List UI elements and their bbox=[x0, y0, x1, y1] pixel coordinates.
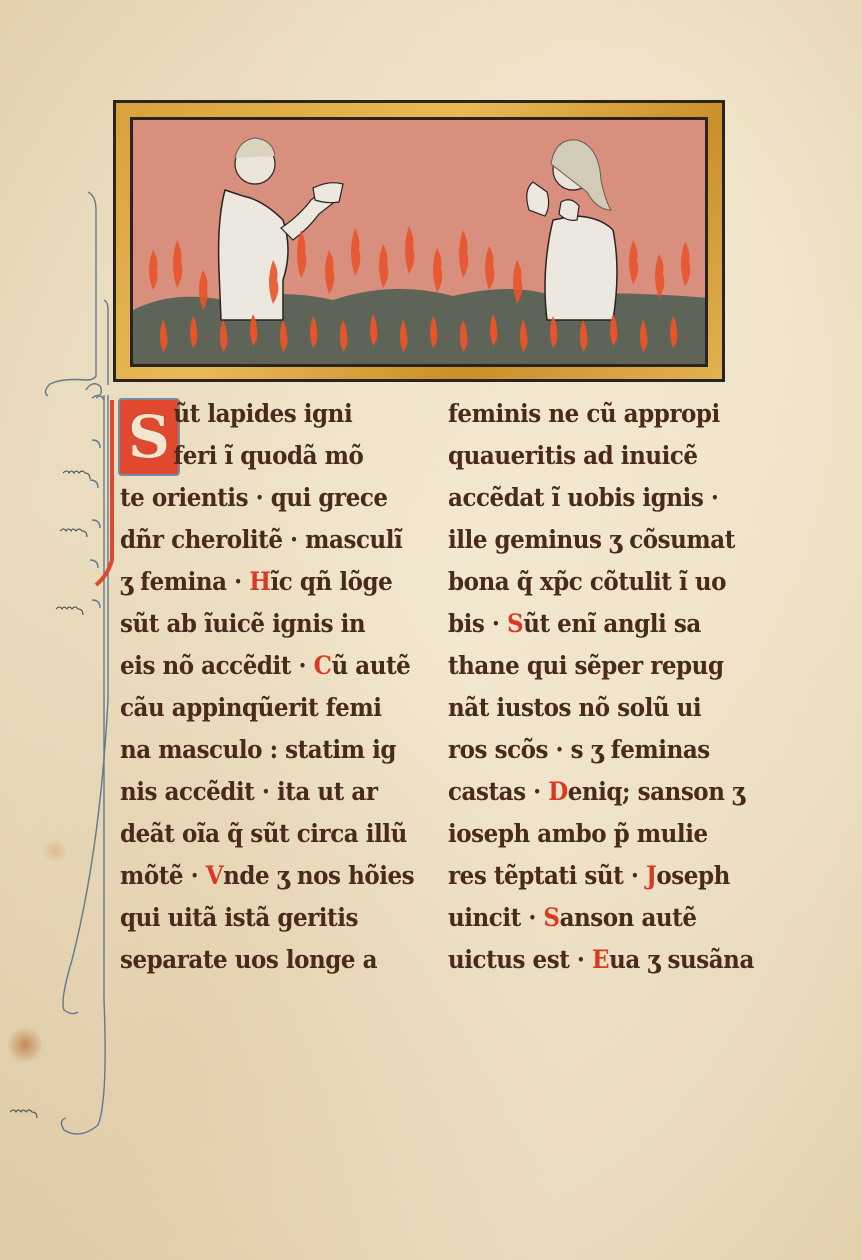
rubricated-letter: D bbox=[548, 777, 567, 806]
text-line: ille geminus ʒ cõsumat bbox=[448, 519, 742, 561]
rubricated-letter: S bbox=[543, 903, 559, 932]
text-column-right: feminis ne cũ appropi quaueritis ad inui… bbox=[448, 393, 768, 981]
manuscript-page: S ũt lapides igni feri ĩ quodã mõ te ori… bbox=[0, 0, 862, 1260]
text-line: accẽdat ĩ uobis ignis · bbox=[448, 477, 742, 519]
text-line: ioseph ambo p̃ mulie bbox=[448, 813, 742, 855]
text-line: bona q̃ xp̃c cõtulit ĩ uo bbox=[448, 561, 742, 603]
rubricated-letter: V bbox=[206, 861, 223, 890]
text-line: deãt oĩa q̃ sũt circa illũ bbox=[120, 813, 396, 855]
foxing-stain bbox=[8, 1025, 42, 1065]
miniature-painting bbox=[130, 117, 708, 367]
text-line: cãu appinqũerit femi bbox=[120, 687, 396, 729]
rubricated-letter: E bbox=[592, 945, 609, 974]
fire-scene bbox=[133, 120, 708, 367]
text-line: ros scõs · s ʒ feminas bbox=[448, 729, 742, 771]
text-line: sũt ab ĩuicẽ ignis in bbox=[120, 603, 396, 645]
text-line: na masculo : statim ig bbox=[120, 729, 396, 771]
rubricated-letter: J bbox=[646, 861, 656, 890]
text-line: thane qui sẽper repug bbox=[448, 645, 742, 687]
text-line: uincit · Sanson autẽ bbox=[448, 897, 742, 939]
text-line: eis nõ accẽdit · Cũ autẽ bbox=[120, 645, 396, 687]
text-line: nãt iustos nõ solũ ui bbox=[448, 687, 742, 729]
text-line: te orientis · qui grece bbox=[120, 477, 396, 519]
text-line: ũt lapides igni bbox=[120, 393, 396, 435]
rubricated-letter: H bbox=[249, 567, 270, 596]
text-line: castas · Deniq; sanson ʒ bbox=[448, 771, 742, 813]
text-line: qui uitã istã geritis bbox=[120, 897, 396, 939]
text-line: mõtẽ · Vnde ʒ nos hõies bbox=[120, 855, 396, 897]
text-line: nis accẽdit · ita ut ar bbox=[120, 771, 396, 813]
text-line: separate uos longe a bbox=[120, 939, 396, 981]
text-line: dñr cherolitẽ · masculĩ bbox=[120, 519, 396, 561]
text-line: feri ĩ quodã mõ bbox=[120, 435, 396, 477]
male-figure bbox=[219, 138, 343, 320]
text-line: ʒ femina · Hĩc qñ lõge bbox=[120, 561, 396, 603]
text-line: quaueritis ad inuicẽ bbox=[448, 435, 742, 477]
text-line: uictus est · Eua ʒ susãna bbox=[448, 939, 742, 981]
text-line: res tẽptati sũt · Joseph bbox=[448, 855, 742, 897]
miniature-frame bbox=[113, 100, 725, 382]
rubricated-letter: C bbox=[314, 651, 332, 680]
text-line: bis · Sũt enĩ angli sa bbox=[448, 603, 742, 645]
rubricated-letter: S bbox=[507, 609, 523, 638]
foxing-stain bbox=[40, 840, 70, 862]
text-column-left: ũt lapides igni feri ĩ quodã mõ te orien… bbox=[120, 393, 420, 981]
text-line: feminis ne cũ appropi bbox=[448, 393, 742, 435]
